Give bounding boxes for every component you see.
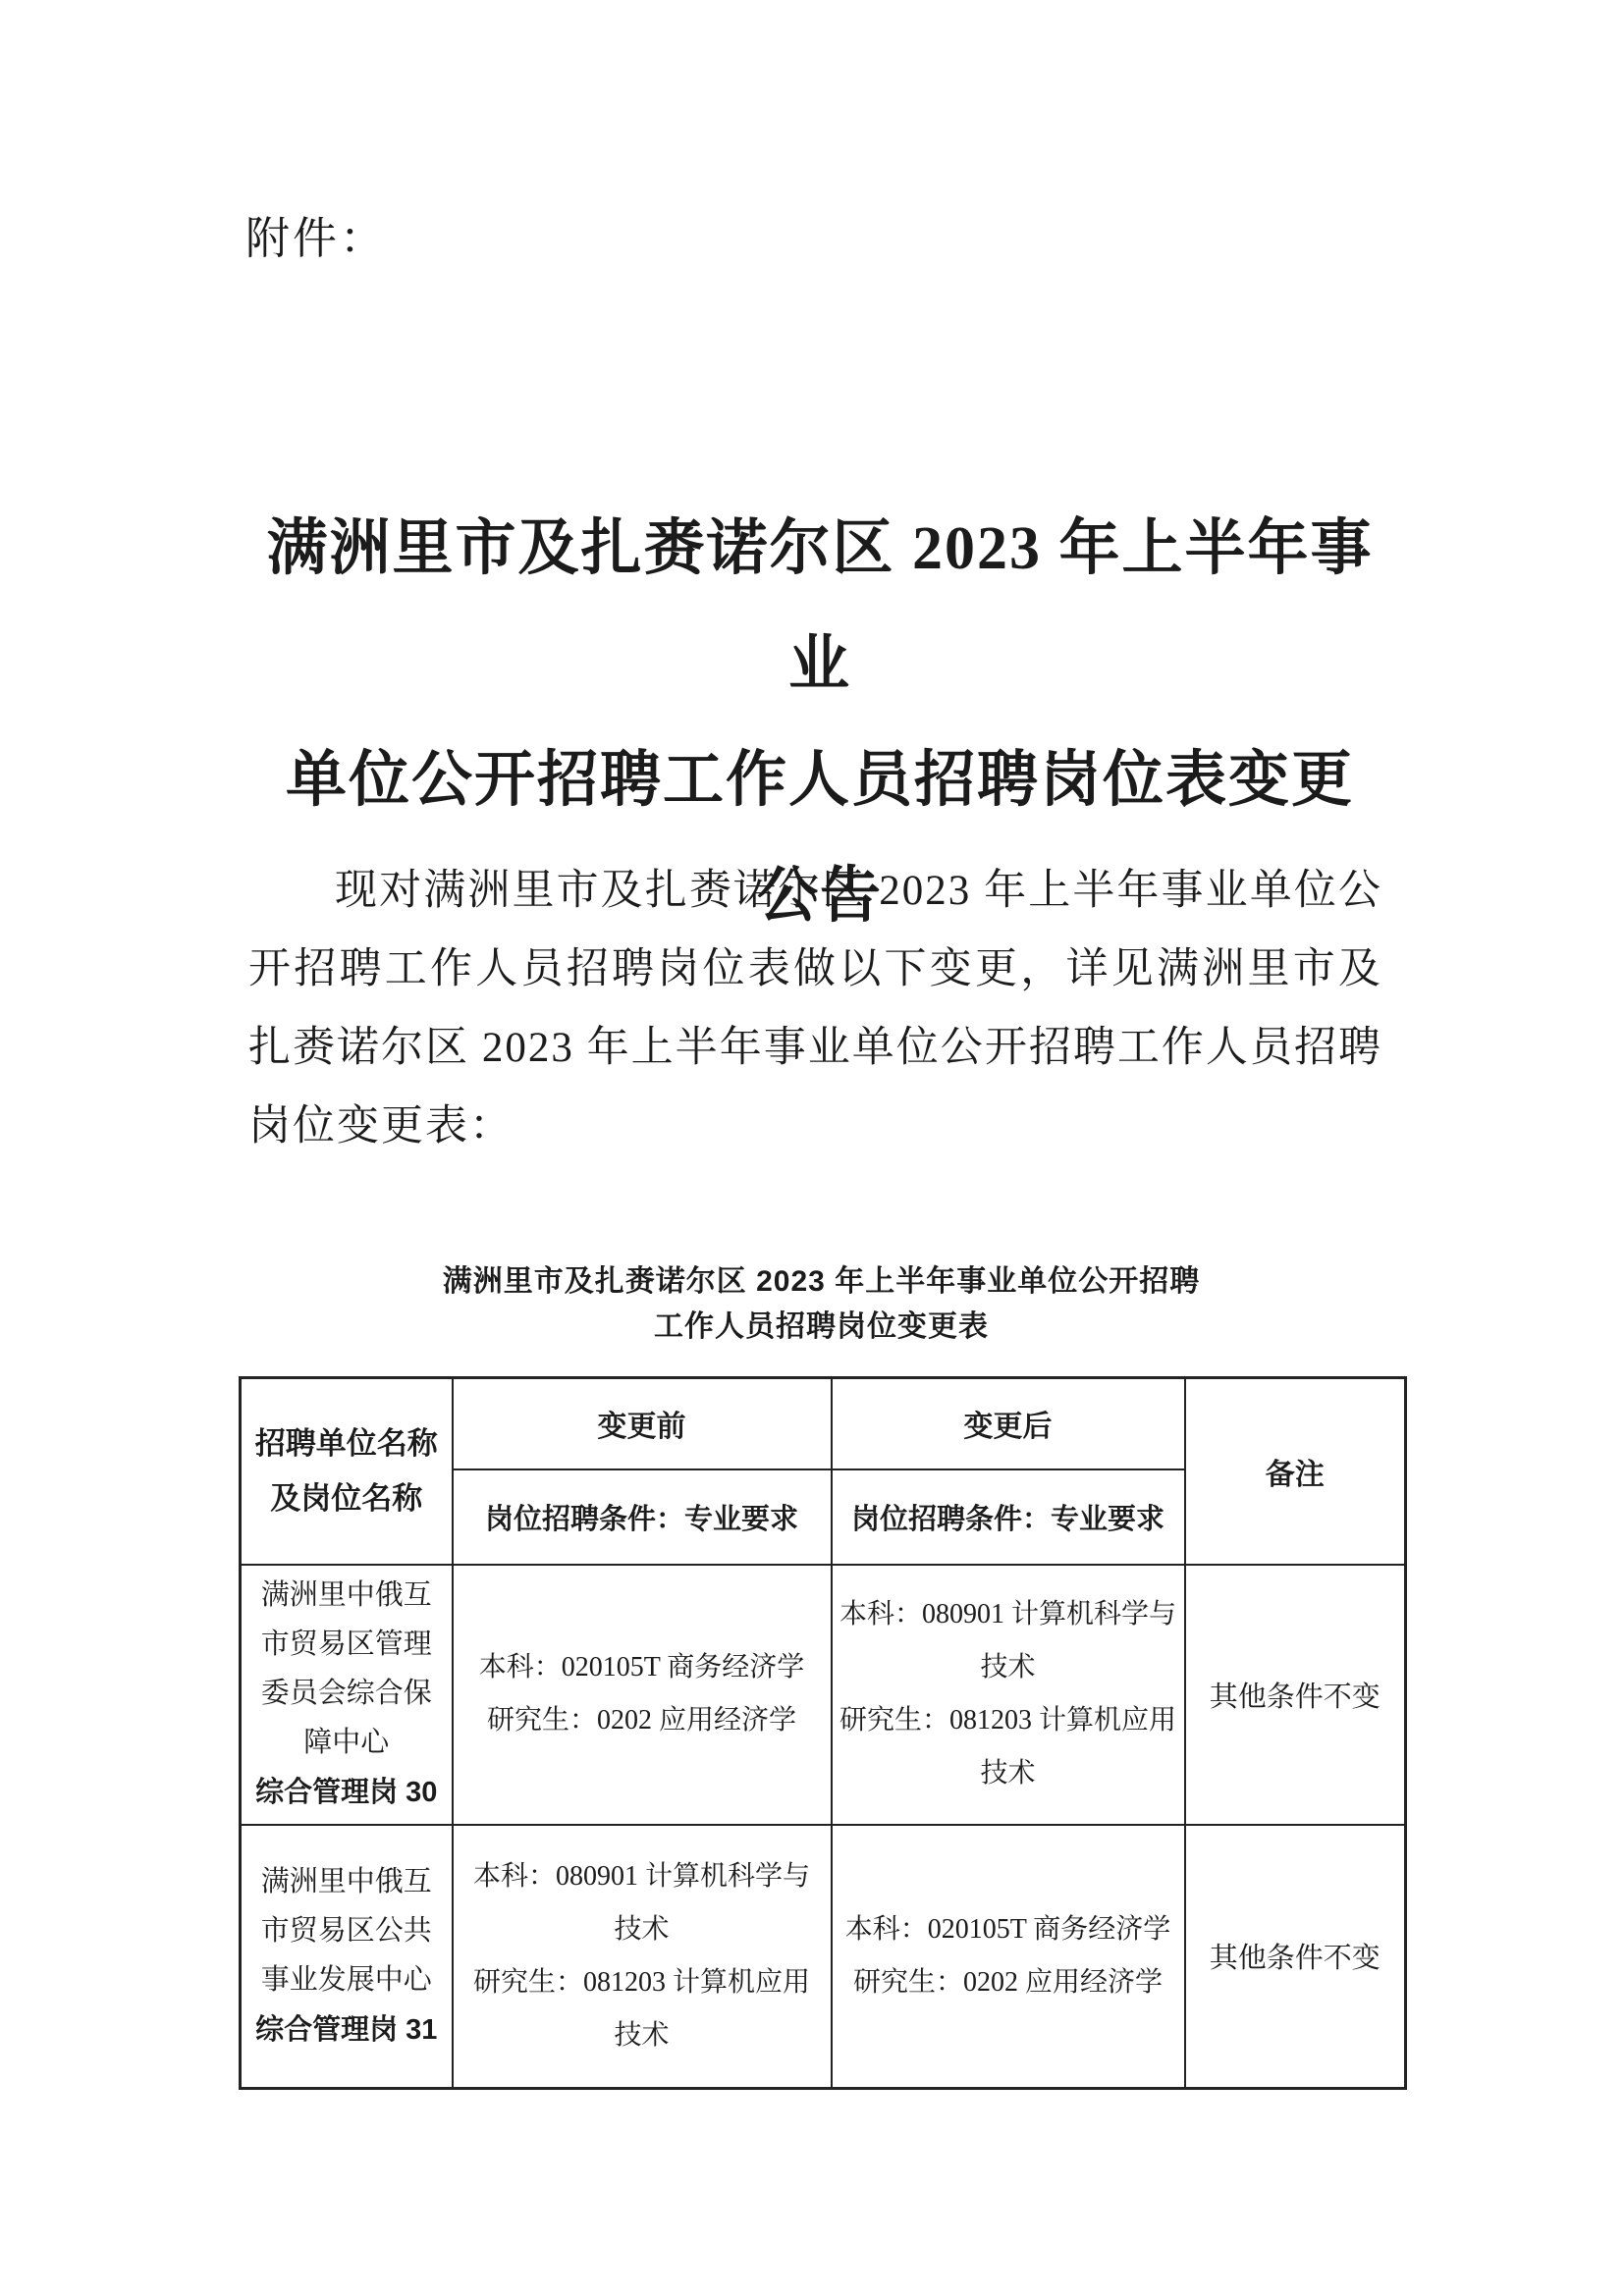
requirement-line: 研究生：081203 计算机应用 [839, 1694, 1178, 1747]
requirement-line: 研究生：0202 应用经济学 [460, 1694, 825, 1747]
unit-cell: 满洲里中俄互 市贸易区公共 事业发展中心 综合管理岗 31 [241, 1825, 453, 2089]
attachment-label: 附件： [245, 202, 387, 266]
unit-name-line: 市贸易区管理 [247, 1620, 446, 1669]
header-unit-cell: 招聘单位名称 及岗位名称 [241, 1378, 453, 1565]
requirement-line: 技术 [460, 2009, 825, 2062]
header-unit-line: 招聘单位名称 [247, 1416, 446, 1471]
after-requirement-cell: 本科：080901 计算机科学与 技术 研究生：081203 计算机应用 技术 [832, 1565, 1185, 1825]
unit-name-line: 满洲里中俄互 [247, 1571, 446, 1620]
header-remark-cell: 备注 [1185, 1378, 1406, 1565]
title-line: 单位公开招聘工作人员招聘岗位表变更 [241, 722, 1399, 838]
unit-name-line: 市贸易区公共 [247, 1906, 446, 1955]
title-line: 满洲里市及扎赉诺尔区 2023 年上半年事业 [241, 491, 1399, 722]
after-requirement-cell: 本科：020105T 商务经济学 研究生：0202 应用经济学 [832, 1825, 1185, 2089]
remark-cell: 其他条件不变 [1185, 1565, 1406, 1825]
unit-name-line: 事业发展中心 [247, 1955, 446, 2004]
table-title: 满洲里市及扎赉诺尔区 2023 年上半年事业单位公开招聘 工作人员招聘岗位变更表 [239, 1259, 1404, 1350]
requirement-line: 本科：020105T 商务经济学 [839, 1903, 1178, 1956]
header-before-condition-cell: 岗位招聘条件：专业要求 [453, 1469, 832, 1565]
document-page: 附件： 满洲里市及扎赉诺尔区 2023 年上半年事业 单位公开招聘工作人员招聘岗… [0, 0, 1624, 2296]
requirement-line: 技术 [460, 1903, 825, 1956]
before-requirement-cell: 本科：080901 计算机科学与 技术 研究生：081203 计算机应用 技术 [453, 1825, 832, 2089]
header-after-cell: 变更后 [832, 1378, 1185, 1469]
header-row-top: 招聘单位名称 及岗位名称 变更前 变更后 备注 [241, 1378, 1406, 1469]
header-before-cell: 变更前 [453, 1378, 832, 1469]
table-title-line: 工作人员招聘岗位变更表 [239, 1305, 1404, 1350]
requirement-line: 研究生：0202 应用经济学 [839, 1956, 1178, 2009]
requirement-line: 本科：080901 计算机科学与 [460, 1850, 825, 1903]
unit-name-line: 障中心 [247, 1718, 446, 1767]
header-unit-line: 及岗位名称 [247, 1471, 446, 1526]
requirement-line: 技术 [839, 1747, 1178, 1800]
header-after-condition-cell: 岗位招聘条件：专业要求 [832, 1469, 1185, 1565]
table-title-line: 满洲里市及扎赉诺尔区 2023 年上半年事业单位公开招聘 [239, 1259, 1404, 1305]
requirement-line: 技术 [839, 1641, 1178, 1694]
position-label: 综合管理岗 31 [247, 2004, 446, 2056]
table-row: 满洲里中俄互 市贸易区管理 委员会综合保 障中心 综合管理岗 30 本科：020… [241, 1565, 1406, 1825]
before-requirement-cell: 本科：020105T 商务经济学 研究生：0202 应用经济学 [453, 1565, 832, 1825]
unit-name-line: 满洲里中俄互 [247, 1857, 446, 1906]
unit-cell: 满洲里中俄互 市贸易区管理 委员会综合保 障中心 综合管理岗 30 [241, 1565, 453, 1825]
intro-paragraph: 现对满洲里市及扎赉诺尔区 2023 年上半年事业单位公开招聘工作人员招聘岗位表做… [248, 852, 1382, 1166]
remark-cell: 其他条件不变 [1185, 1825, 1406, 2089]
requirement-line: 研究生：081203 计算机应用 [460, 1956, 825, 2009]
table-row: 满洲里中俄互 市贸易区公共 事业发展中心 综合管理岗 31 本科：080901 … [241, 1825, 1406, 2089]
positions-change-table: 招聘单位名称 及岗位名称 变更前 变更后 备注 岗位招聘条件：专业要求 岗位招聘… [239, 1376, 1407, 2090]
requirement-line: 本科：080901 计算机科学与 [839, 1588, 1178, 1641]
position-label: 综合管理岗 30 [247, 1767, 446, 1818]
requirement-line: 本科：020105T 商务经济学 [460, 1641, 825, 1694]
unit-name-line: 委员会综合保 [247, 1669, 446, 1718]
